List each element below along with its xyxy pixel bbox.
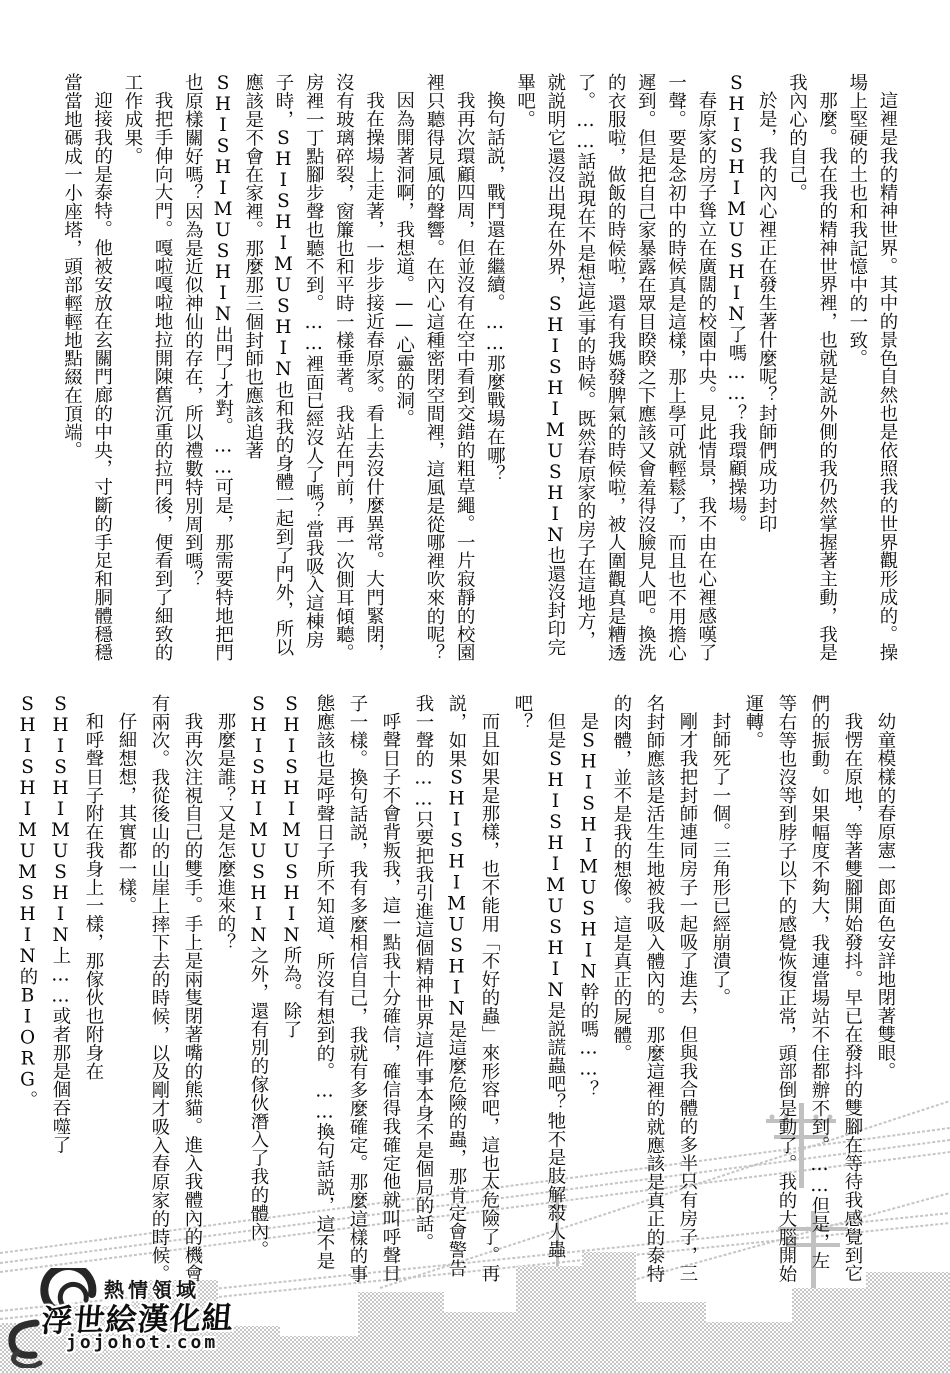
paragraph: 那麼是誰？又是怎麼進來的？ bbox=[209, 694, 242, 1285]
text-block-bottom: 幼童模樣的春原憲一郎面色安詳地閉著雙眼。 我愣在原地，等著雙腳開始發抖。早已在發… bbox=[75, 694, 902, 1285]
paragraph: 是SHISHIMUSHIN幹的嗎……？ bbox=[572, 694, 605, 1285]
paragraph: 因為開著洞啊，我想道。——心靈的洞。 bbox=[389, 73, 419, 664]
paragraph: 呼聲日子不會背叛我，這一點我十分確信，確信得我確定他就叫呼聲日子一樣。換句話説，… bbox=[242, 694, 407, 1285]
paragraph: 春原家的房子聳立在廣闊的校園中央。見此情景，我不由在心裡感嘆了一聲。要是念初中的… bbox=[509, 73, 720, 664]
paragraph: 我把手伸向大門。嘎啦嘎啦地拉開陳舊沉重的拉門後，便看到了細致的工作成果。 bbox=[117, 73, 177, 664]
paragraph: 封師死了一個。三角形已經崩潰了。 bbox=[704, 694, 737, 1285]
paragraph: 這裡是我的精神世界。其中的景色自然也是依照我的世界觀形成的。操場上堅硬的土也和我… bbox=[842, 73, 902, 664]
paragraph: 仔細想想，其實都一樣。 bbox=[110, 694, 143, 1285]
paragraph: 迎接我的是泰特。他被安放在玄關門廊的中央，寸斷的手足和胴體穩穩當當地碼成一小座塔… bbox=[56, 73, 116, 664]
paragraph: 和呼聲日子附在我身上一樣，那傢伙也附身在SHISHIMUSHIN上……或者那是個… bbox=[11, 694, 110, 1285]
watermark-url: jojohot.com bbox=[66, 1332, 218, 1353]
text-block-top: 這裡是我的精神世界。其中的景色自然也是依照我的世界觀形成的。操場上堅硬的土也和我… bbox=[85, 73, 902, 664]
watermark-logo: 熱情領域 浮世絵漢化組 jojohot.com bbox=[6, 1268, 256, 1370]
paragraph: 剛才我把封師連同房子一起吸了進去，但與我合體的多半只有房子，三名封師應該是活生生… bbox=[605, 694, 704, 1285]
paragraph: 我愣在原地，等著雙腳開始發抖。早已在發抖的雙腳在等待我感覺到它們的振動。如果幅度… bbox=[737, 694, 869, 1285]
paragraph: 幼童模樣的春原憲一郎面色安詳地閉著雙眼。 bbox=[869, 694, 902, 1285]
paragraph: 我再次環顧四周，但並沒有在空中看到交錯的粗草繩。一片寂靜的校園裡只聽得見風的聲響… bbox=[419, 73, 479, 664]
paragraph: 換句話説，戰鬥還在繼續。……那麼戰場在哪？ bbox=[479, 73, 509, 664]
paragraph: 於是，我的內心裡正在發生著什麼呢？封師們成功封印SHISHIMUSHIN了嗎……… bbox=[721, 73, 781, 664]
paragraph: 但是SHISHIMUSHIN是説謊蟲吧？牠不是肢解殺人蟲吧？ bbox=[506, 694, 572, 1285]
paragraph: 而且如果是那樣，也不能用「不好的蟲」來形容吧，這也太危險了。再説，如果SHISH… bbox=[407, 694, 506, 1285]
paragraph: 我在操場上走著，一步步接近春原家。看上去沒什麼異常。大門緊閉，沒有玻璃碎裂，窗簾… bbox=[177, 73, 388, 664]
paragraph: 我再次注視自己的雙手。手上是兩隻閉著嘴的熊貓。進入我體內的機會有兩次。我從後山的… bbox=[143, 694, 209, 1285]
paragraph: 那麼。我在我的精神世界裡，也就是説外側的我仍然掌握著主動，我是我內心的自己。 bbox=[781, 73, 841, 664]
